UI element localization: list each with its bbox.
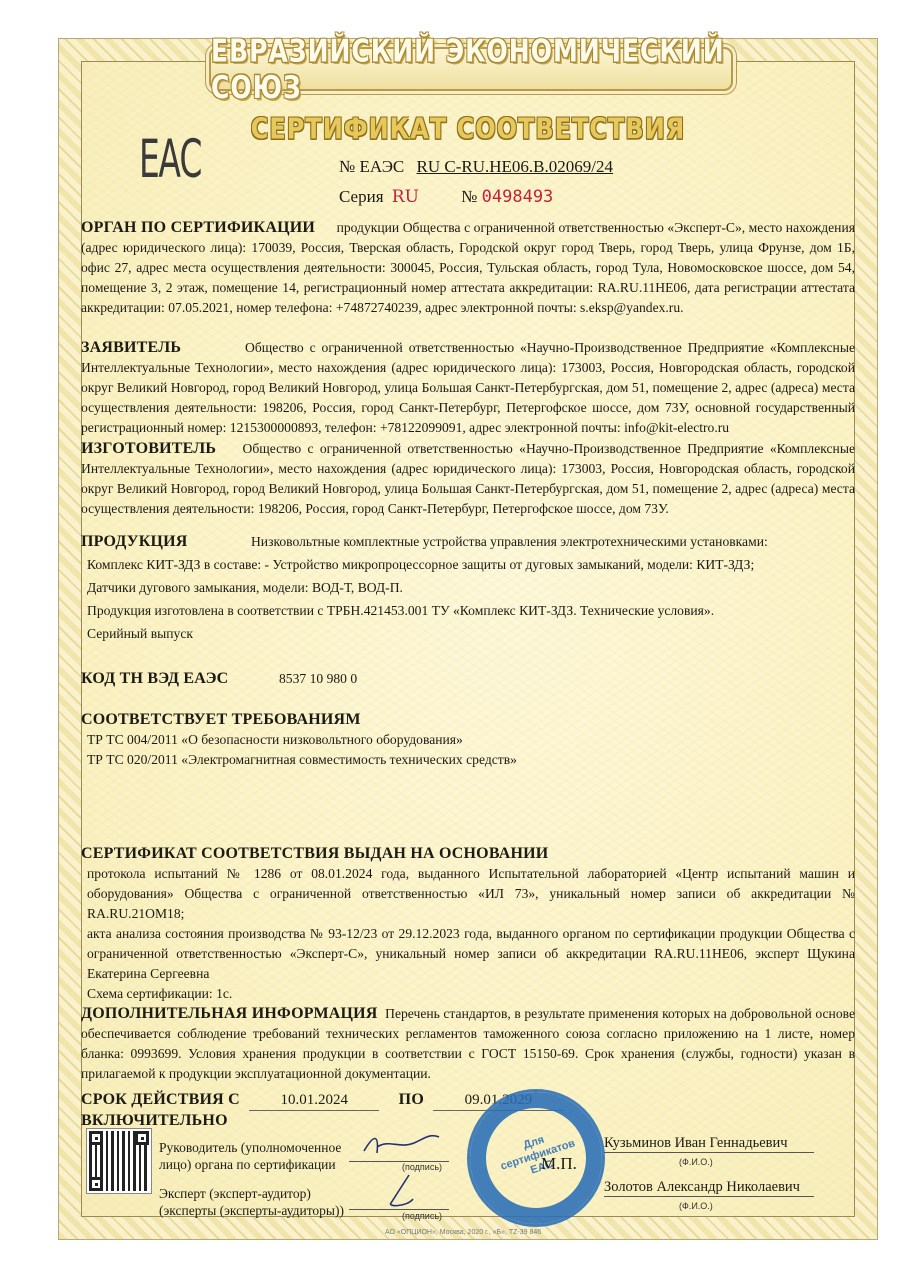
requirement-item: ТР ТС 020/2011 «Электромагнитная совмест… <box>81 750 855 770</box>
qr-code[interactable] <box>87 1129 151 1193</box>
official-stamp: Орган по сертификации · ООО «Эксперт-С» … <box>467 1089 605 1227</box>
blank-number-value: 0498493 <box>482 187 554 207</box>
head-signature-label: Руководитель (уполномоченное лицо) орган… <box>159 1139 341 1173</box>
section-hs-code: КОД ТН ВЭД ЕАЭС 8537 10 980 0 <box>81 669 855 689</box>
head-signature-line <box>349 1143 449 1162</box>
section-basis: СЕРТИФИКАТ СООТВЕТСТВИЯ ВЫДАН НА ОСНОВАН… <box>81 844 855 1004</box>
section-additional-info: ДОПОЛНИТЕЛЬНАЯ ИНФОРМАЦИЯ Перечень станд… <box>81 1004 855 1084</box>
handwritten-signature-icon <box>359 1129 449 1159</box>
fio-caption: (Ф.И.О.) <box>679 1201 713 1211</box>
signature-caption: (подпись) <box>402 1162 442 1172</box>
series-label: Серия <box>339 187 384 206</box>
validity-from-label: СРОК ДЕЙСТВИЯ С <box>81 1091 240 1108</box>
union-banner-text: ЕВРАЗИЙСКИЙ ЭКОНОМИЧЕСКИЙ СОЮЗ <box>211 33 731 106</box>
section-heading: СЕРТИФИКАТ СООТВЕТСТВИЯ ВЫДАН НА ОСНОВАН… <box>81 844 855 864</box>
expert-signature-line <box>349 1191 449 1210</box>
section-heading: СООТВЕТСТВУЕТ ТРЕБОВАНИЯМ <box>81 710 855 730</box>
union-banner: ЕВРАЗИЙСКИЙ ЭКОНОМИЧЕСКИЙ СОЮЗ <box>209 47 733 91</box>
section-applicant: ЗАЯВИТЕЛЬ Общество с ограниченной ответс… <box>81 338 855 438</box>
validity-from-date: 10.01.2024 <box>249 1090 379 1111</box>
section-validity: СРОК ДЕЙСТВИЯ С 10.01.2024 ПО 09.01.2029… <box>81 1090 855 1131</box>
expert-name: Золотов Александр Николаевич <box>604 1179 814 1197</box>
blank-series: Серия RU № 0498493 <box>339 187 553 207</box>
section-certification-body: ОРГАН ПО СЕРТИФИКАЦИИ продукции Общества… <box>81 218 855 318</box>
certification-scheme: Схема сертификации: 1с. <box>81 984 855 1004</box>
eac-logo-icon: ЕАС <box>139 129 201 190</box>
product-line: Комплекс КИТ-ЗДЗ в составе: - Устройство… <box>81 555 855 575</box>
blank-number-label: № <box>461 187 477 206</box>
printer-imprint: АО «ОПЦИОН», Москва, 2020 г., «Б», ТZ-39… <box>385 1229 541 1236</box>
handwritten-signature-icon <box>379 1173 429 1207</box>
certificate-number: № ЕАЭС RU C-RU.НЕ06.В.02069/24 <box>339 157 613 177</box>
section-manufacturer: ИЗГОТОВИТЕЛЬ Общество с ограниченной отв… <box>81 439 855 519</box>
product-line: Продукция изготовлена в соответствии с Т… <box>81 601 855 621</box>
section-heading: ПРОДУКЦИЯ <box>81 533 188 550</box>
product-line: Низковольтные комплектные устройства упр… <box>251 534 768 549</box>
stamp-place-label: М.П. <box>541 1154 577 1174</box>
validity-to-label: ПО <box>399 1091 424 1108</box>
signature-caption: (подпись) <box>402 1211 442 1221</box>
certificate-number-value: RU C-RU.НЕ06.В.02069/24 <box>417 157 613 176</box>
section-heading: КОД ТН ВЭД ЕАЭС <box>81 670 228 687</box>
section-heading: ОРГАН ПО СЕРТИФИКАЦИИ <box>81 219 315 236</box>
section-requirements: СООТВЕТСТВУЕТ ТРЕБОВАНИЯМ ТР ТС 004/2011… <box>81 710 855 770</box>
expert-signature-label: Эксперт (эксперт-аудитор) (эксперты (экс… <box>159 1185 344 1219</box>
section-text: Общество с ограниченной ответственностью… <box>81 340 855 435</box>
section-product: ПРОДУКЦИЯ Низковольтные комплектные устр… <box>81 532 855 644</box>
product-line: Серийный выпуск <box>81 624 855 644</box>
basis-protocol: протокола испытаний № 1286 от 08.01.2024… <box>81 864 855 924</box>
section-heading: ИЗГОТОВИТЕЛЬ <box>81 440 216 457</box>
section-heading: ЗАЯВИТЕЛЬ <box>81 339 181 356</box>
product-line: Датчики дугового замыкания, модели: ВОД-… <box>81 578 855 598</box>
certificate-sheet: ЕВРАЗИЙСКИЙ ЭКОНОМИЧЕСКИЙ СОЮЗ СЕРТИФИКА… <box>58 38 878 1240</box>
section-heading: ДОПОЛНИТЕЛЬНАЯ ИНФОРМАЦИЯ <box>81 1005 378 1022</box>
certificate-number-label: № ЕАЭС <box>339 157 404 176</box>
basis-production-analysis: акта анализа состояния производства № 93… <box>81 924 855 984</box>
hs-code-value: 8537 10 980 0 <box>279 669 357 689</box>
head-name: Кузьминов Иван Геннадьевич <box>604 1135 814 1153</box>
series-value: RU <box>392 187 419 207</box>
validity-inclusive-label: ВКЛЮЧИТЕЛЬНО <box>81 1111 855 1131</box>
requirement-item: ТР ТС 004/2011 «О безопасности низковоль… <box>81 730 855 750</box>
fio-caption: (Ф.И.О.) <box>679 1157 713 1167</box>
